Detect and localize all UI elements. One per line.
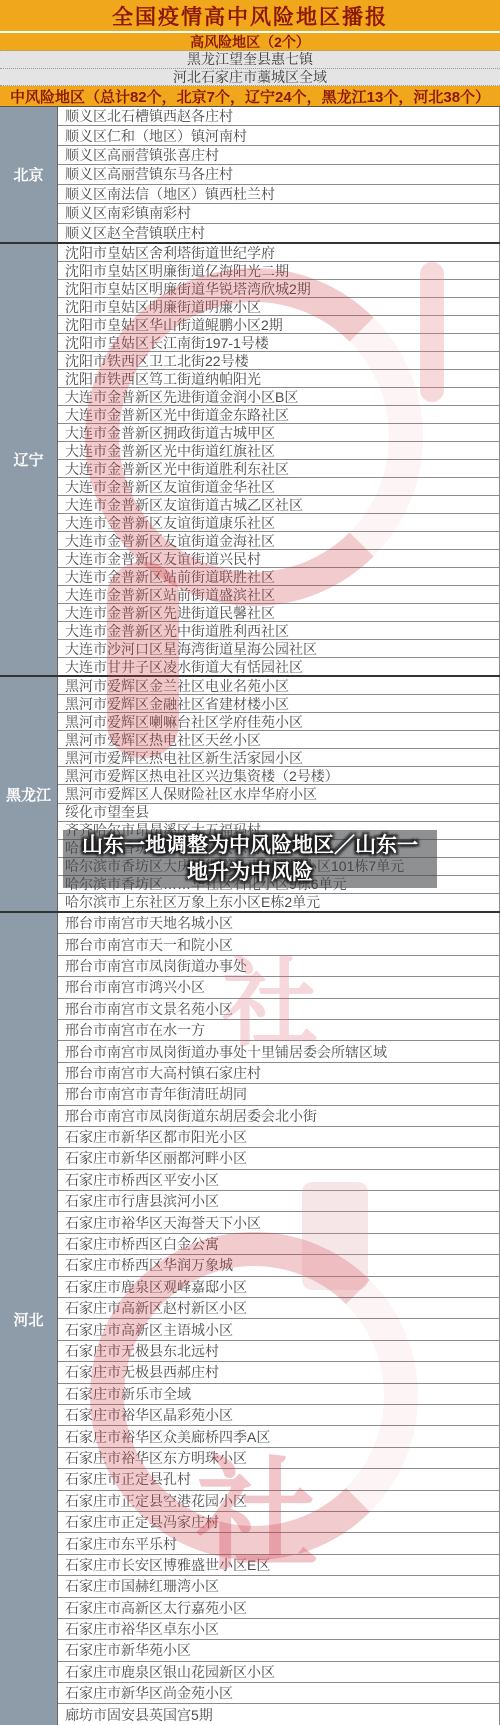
table-row: 石家庄市鹿泉区银山花园新区小区: [58, 1662, 499, 1683]
table-row: 沈阳市皇姑区明廉街道亿海阳光二期: [58, 262, 499, 280]
table-row: 石家庄市无极县东北远村: [58, 1341, 499, 1362]
high-risk-area: 河北石家庄市藁城区全域: [0, 69, 500, 87]
table-row: 石家庄市国赫红珊湾小区: [58, 1576, 499, 1597]
table-row: 邢台市南宫市凤岗街道东胡居委会北小街: [58, 1106, 499, 1127]
table-row: 顺义区仁和（地区）镇河南村: [58, 126, 499, 145]
table-row: 石家庄市新乐市全域: [58, 1384, 499, 1405]
table-row: 大连市金普新区站前街道盛滨社区: [58, 586, 499, 604]
table-row: 黑河市爱辉区人保财险社区水岸华府小区: [58, 785, 499, 803]
table-row: 大连市金普新区友谊街道金海社区: [58, 532, 499, 550]
table-row: 大连市金普新区友谊街道兴民村: [58, 550, 499, 568]
province-label: 河北: [0, 913, 58, 1725]
news-overlay-line1: 山东一地调整为中风险地区／山东一: [82, 832, 418, 859]
table-row: 顺义区南法信（地区）镇西杜兰村: [58, 185, 499, 204]
province-label: 北京: [0, 107, 58, 242]
table-row: 大连市金普新区光中街道红旗社区: [58, 442, 499, 460]
table-row: 大连市甘井子区凌水街道大有恬园社区: [58, 658, 499, 675]
table-row: 石家庄市高新区主语城小区: [58, 1319, 499, 1340]
table-row: 黑河市爱辉区热电社区新生活家园小区: [58, 749, 499, 767]
table-row: 石家庄市高新区赵村新区小区: [58, 1298, 499, 1319]
table-row: 石家庄市裕华区众美廊桥四季A区: [58, 1426, 499, 1447]
table-row: 沈阳市皇姑区明廉街道明廉小区: [58, 298, 499, 316]
table-row: 沈阳市皇姑区明廉街道华锐塔湾欣城2期: [58, 280, 499, 298]
table-row: 邢台市南宫市天一和院小区: [58, 934, 499, 955]
table-row: 石家庄市桥西区平安小区: [58, 1170, 499, 1191]
table-row: 顺义区赵全营镇联庄村: [58, 224, 499, 242]
risk-table: 北京顺义区北石槽镇西赵各庄村顺义区仁和（地区）镇河南村顺义区高丽营镇张喜庄村顺义…: [0, 106, 500, 1725]
table-row: 石家庄市正定县冯家庄村: [58, 1512, 499, 1533]
province-rows: 邢台市南宫市天地名城小区邢台市南宫市天一和院小区邢台市南宫市凤岗街道办事处邢台市…: [58, 913, 500, 1725]
table-row: 石家庄市正定县孔村: [58, 1469, 499, 1490]
table-row: 邢台市南宫市大高村镇石家庄村: [58, 1063, 499, 1084]
table-row: 大连市金普新区光中街道金东路社区: [58, 406, 499, 424]
table-row: 哈尔滨市上东社区万象上东小区E栋2单元: [58, 894, 499, 911]
table-row: 大连市金普新区先进街道金润小区B区: [58, 388, 499, 406]
news-overlay: 山东一地调整为中风险地区／山东一 地升为中风险: [63, 830, 437, 888]
bulletin-page: 全国疫情高中风险地区播报 高风险地区（2个） 黑龙江望奎县惠七镇 河北石家庄市藁…: [0, 0, 500, 1725]
province-rows: 顺义区北石槽镇西赵各庄村顺义区仁和（地区）镇河南村顺义区高丽营镇张喜庄村顺义区高…: [58, 107, 500, 242]
table-row: 沈阳市皇姑区舍利塔街道世纪学府: [58, 244, 499, 262]
table-row: 黑河市爱辉区喇嘛台社区学府佳苑小区: [58, 713, 499, 731]
table-row: 石家庄市东平乐村: [58, 1533, 499, 1554]
table-row: 邢台市南宫市文景名苑小区: [58, 999, 499, 1020]
table-row: 邢台市南宫市青年街清旺胡同: [58, 1084, 499, 1105]
page-title: 全国疫情高中风险地区播报: [0, 0, 500, 33]
table-row: 沈阳市铁西区笃工街道纳帕阳光: [58, 370, 499, 388]
table-row: 大连市金普新区光中街道胜利东社区: [58, 460, 499, 478]
table-row: 石家庄市桥西区白金公寓: [58, 1234, 499, 1255]
news-overlay-line2: 地升为中风险: [187, 859, 313, 886]
table-row: 石家庄市正定县空港花园小区: [58, 1491, 499, 1512]
table-row: 顺义区北石槽镇西赵各庄村: [58, 107, 499, 126]
table-row: 大连市金普新区友谊街道古城乙区社区: [58, 496, 499, 514]
table-row: 石家庄市裕华区晶彩苑小区: [58, 1405, 499, 1426]
table-row: 黑河市爱辉区金融社区省建材楼小区: [58, 695, 499, 713]
table-row: 邢台市南宫市在水一方: [58, 1020, 499, 1041]
table-row: 石家庄市新华区尚金苑小区: [58, 1683, 499, 1704]
table-row: 大连市金普新区友谊街道金华社区: [58, 478, 499, 496]
table-row: 石家庄市裕华区天海誉天下小区: [58, 1212, 499, 1233]
table-row: 邢台市南宫市天地名城小区: [58, 913, 499, 934]
province-label: 黑龙江: [0, 677, 58, 911]
table-row: 黑河市爱辉区金兰社区电业名苑小区: [58, 677, 499, 695]
table-row: 石家庄市无极县西郝庄村: [58, 1362, 499, 1383]
table-row: 石家庄市鹿泉区观峰嘉邸小区: [58, 1277, 499, 1298]
table-row: 邢台市南宫市鸿兴小区: [58, 977, 499, 998]
table-row: 沈阳市铁西区卫工北街22号楼: [58, 352, 499, 370]
table-row: 石家庄市裕华区东方明珠小区: [58, 1448, 499, 1469]
table-row: 绥化市望奎县: [58, 804, 499, 822]
table-row: 大连市金普新区友谊街道康乐社区: [58, 514, 499, 532]
table-row: 石家庄市长安区博雅盛世小区E区: [58, 1555, 499, 1576]
table-row: 沈阳市皇姑区华山街道鲲鹏小区2期: [58, 316, 499, 334]
table-row: 石家庄市裕华区卓东小区: [58, 1619, 499, 1640]
province-section: 辽宁沈阳市皇姑区舍利塔街道世纪学府沈阳市皇姑区明廉街道亿海阳光二期沈阳市皇姑区明…: [0, 244, 500, 677]
table-row: 黑河市爱辉区热电社区兴边集资楼（2号楼）: [58, 767, 499, 785]
table-row: 沈阳市皇姑区长江南街197-1号楼: [58, 334, 499, 352]
table-row: 邢台市南宫市凤岗街道办事处: [58, 956, 499, 977]
table-row: 大连市金普新区光中街道胜利西社区: [58, 622, 499, 640]
province-section: 北京顺义区北石槽镇西赵各庄村顺义区仁和（地区）镇河南村顺义区高丽营镇张喜庄村顺义…: [0, 107, 500, 244]
province-label: 辽宁: [0, 244, 58, 675]
table-row: 大连市金普新区先进街道民馨社区: [58, 604, 499, 622]
table-row: 石家庄市新华区丽都河畔小区: [58, 1148, 499, 1169]
table-row: 顺义区南彩镇南彩村: [58, 204, 499, 223]
table-row: 石家庄市新华苑小区: [58, 1640, 499, 1661]
province-section: 河北邢台市南宫市天地名城小区邢台市南宫市天一和院小区邢台市南宫市凤岗街道办事处邢…: [0, 913, 500, 1725]
table-row: 石家庄市新华区都市阳光小区: [58, 1127, 499, 1148]
table-row: 顺义区高丽营镇张喜庄村: [58, 146, 499, 165]
table-row: 廊坊市固安县英国宫5期: [58, 1704, 499, 1724]
table-row: 邢台市南宫市凤岗街道办事处十里铺居委会所辖区域: [58, 1041, 499, 1062]
province-rows: 沈阳市皇姑区舍利塔街道世纪学府沈阳市皇姑区明廉街道亿海阳光二期沈阳市皇姑区明廉街…: [58, 244, 500, 675]
table-row: 黑河市爱辉区热电社区天丝小区: [58, 731, 499, 749]
table-row: 顺义区高丽营镇东马各庄村: [58, 165, 499, 184]
table-row: 石家庄市高新区太行嘉苑小区: [58, 1598, 499, 1619]
table-row: 大连市金普新区拥政街道古城甲区: [58, 424, 499, 442]
mid-risk-header: 中风险地区（总计82个，北京7个，辽宁24个，黑龙江13个，河北38个）: [0, 86, 500, 106]
table-row: 大连市沙河口区星海湾街道星海公园社区: [58, 640, 499, 658]
table-row: 石家庄市桥西区华润万象城: [58, 1255, 499, 1276]
table-row: 石家庄市行唐县滨河小区: [58, 1191, 499, 1212]
table-row: 大连市金普新区站前街道联胜社区: [58, 568, 499, 586]
